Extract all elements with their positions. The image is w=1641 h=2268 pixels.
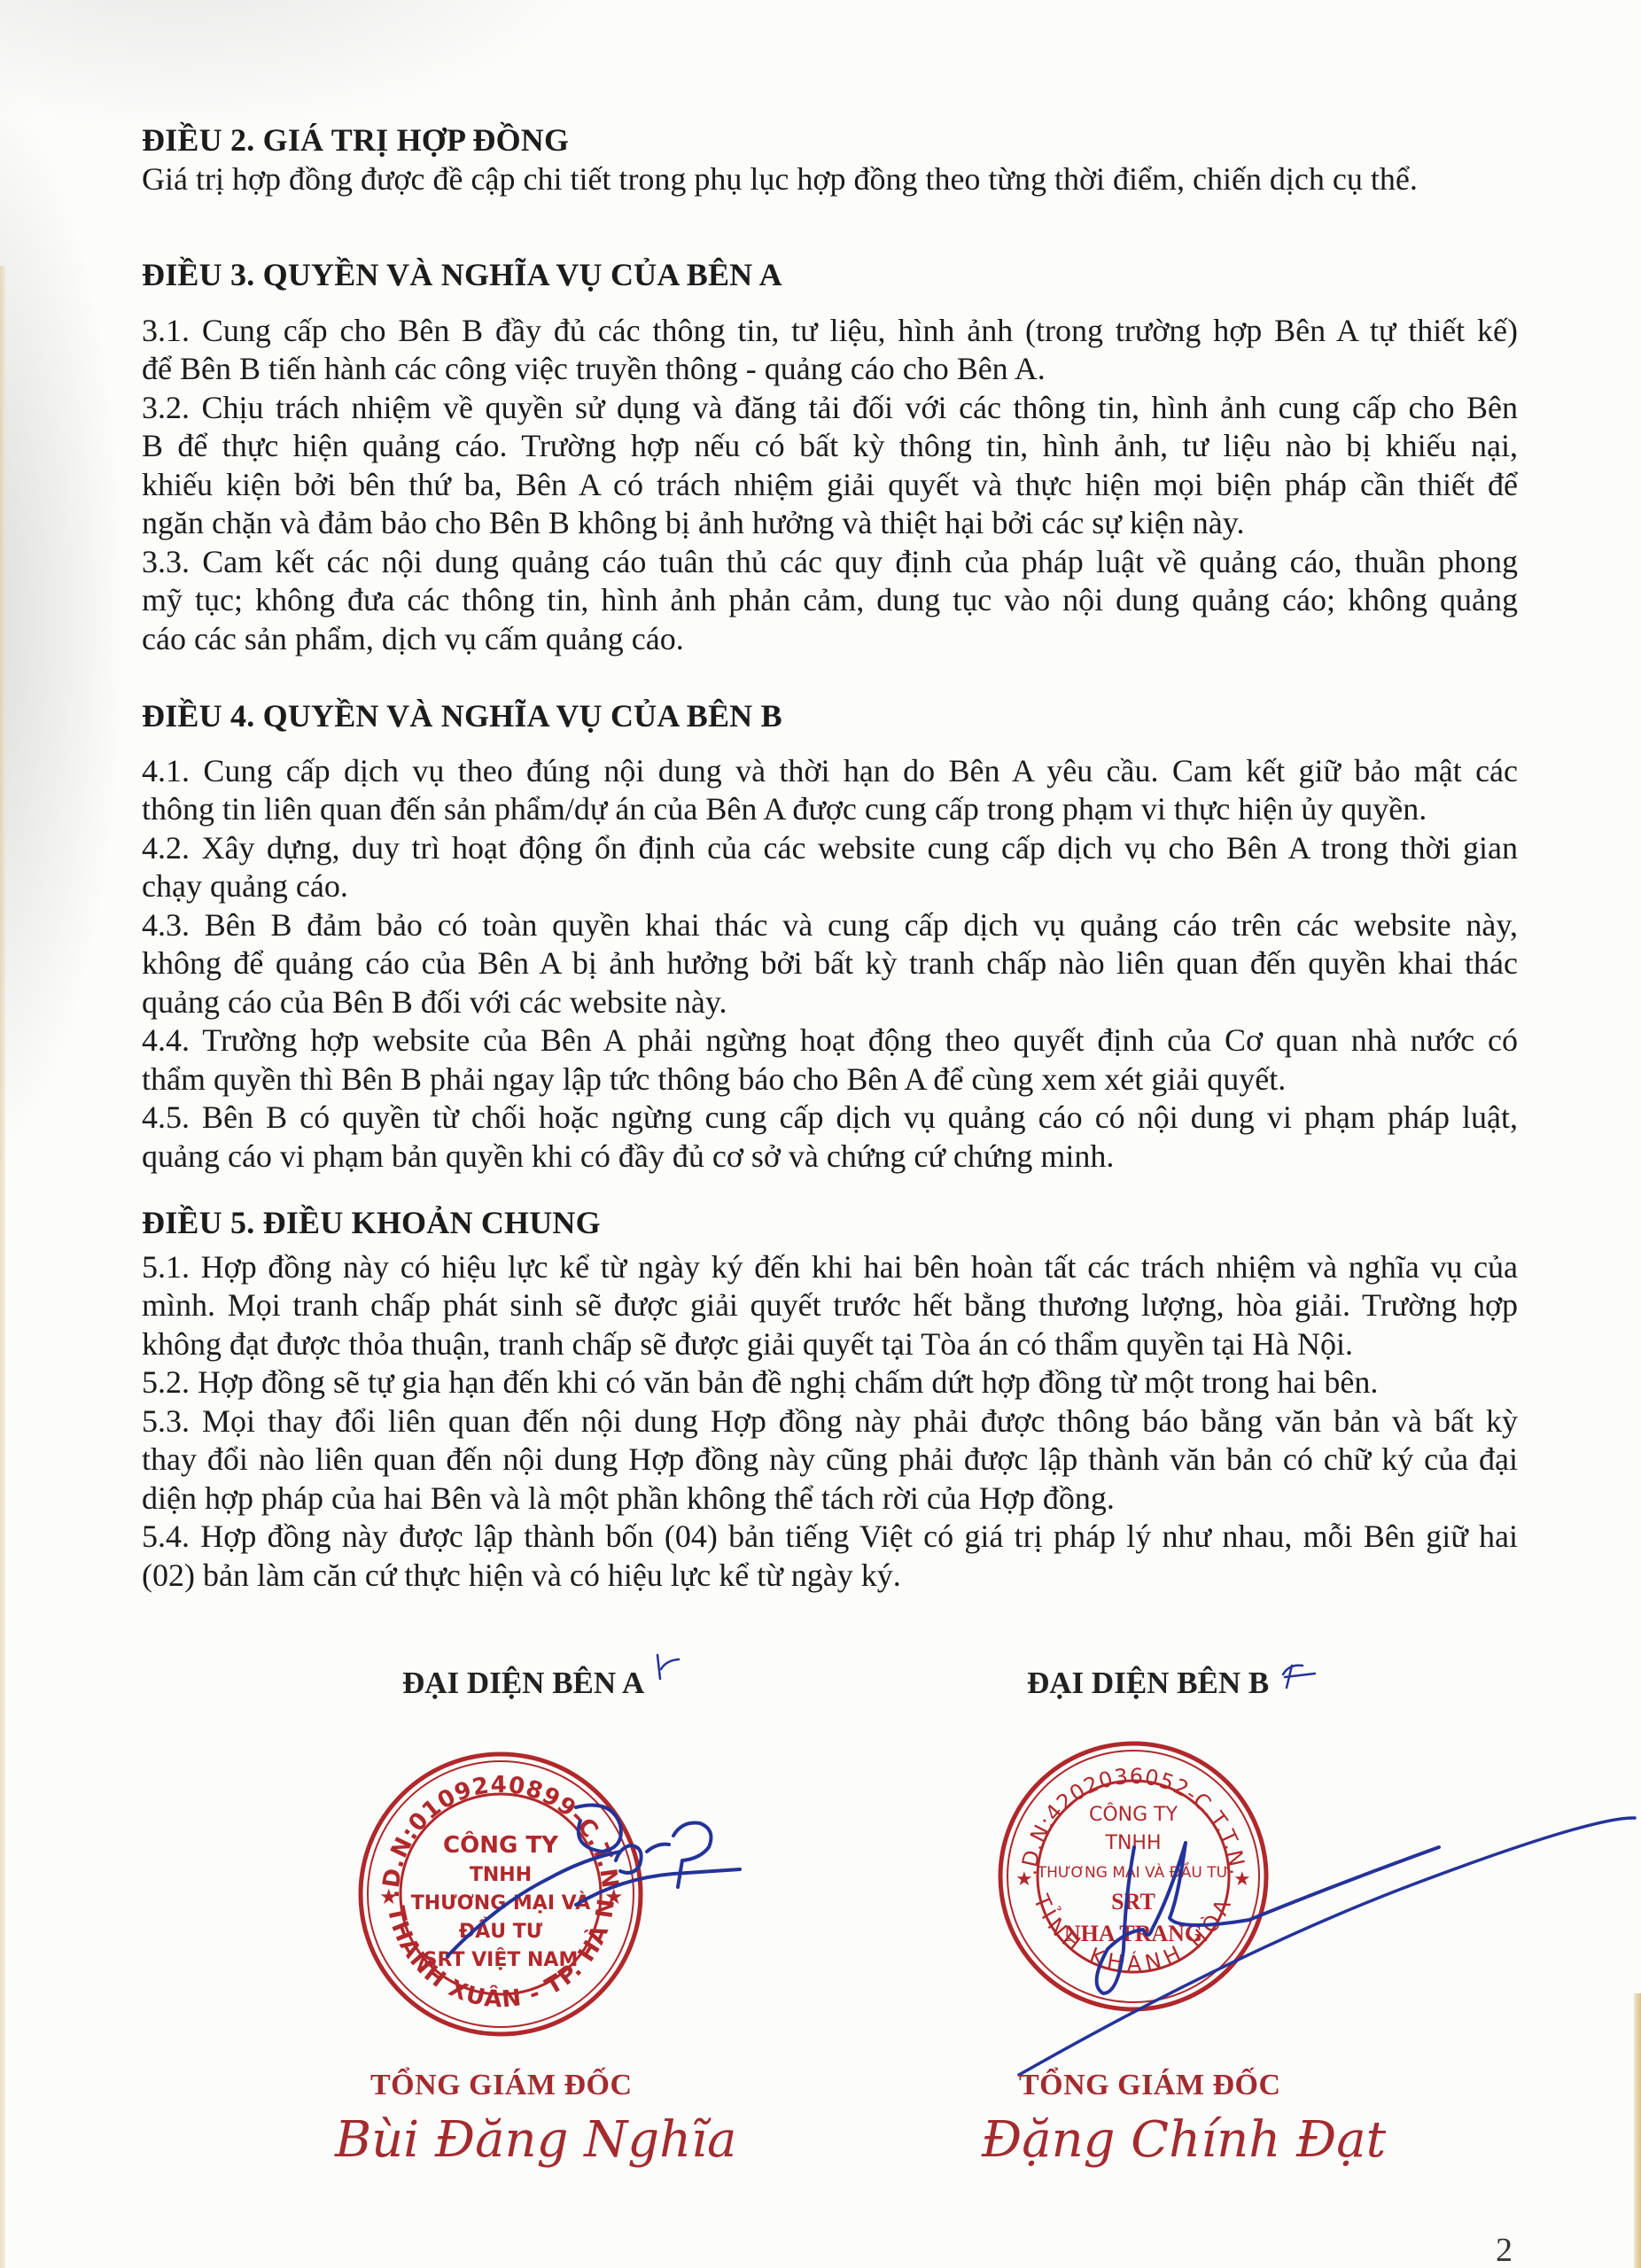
- text-line: 4.5. Bên B có quyền từ chối hoặc ngừng c…: [142, 1099, 1518, 1138]
- text-line: 4.1. Cung cấp dịch vụ theo đúng nội dung…: [142, 752, 1518, 791]
- text-line: quảng cáo vi phạm bản quyền khi có đầy đ…: [142, 1138, 1518, 1177]
- text-line: mỹ tục; không đưa các thông tin, hình ản…: [142, 581, 1518, 620]
- svg-text:ĐẦU TƯ: ĐẦU TƯ: [459, 1917, 543, 1943]
- text-line: thay đổi nào liên quan đến nội dung Hợp …: [142, 1441, 1518, 1480]
- svg-text:★: ★: [604, 1884, 624, 1909]
- text-line: Giá trị hợp đồng được đề cập chi tiết tr…: [142, 160, 1518, 199]
- text-line: để Bên B tiến hành các công việc truyền …: [142, 350, 1518, 389]
- text-line: (02) bản làm căn cứ thực hiện và có hiệu…: [142, 1557, 1518, 1596]
- text-line: 3.1. Cung cấp cho Bên B đầy đủ các thông…: [142, 312, 1518, 351]
- text-line: cáo các sản phẩm, dịch vụ cấm quảng cáo.: [142, 620, 1518, 659]
- party-b-name: Đặng Chính Đạt: [982, 2111, 1386, 2169]
- party-b-title: ĐẠI DIỆN BÊN B: [1027, 1666, 1269, 1701]
- party-a-title: ĐẠI DIỆN BÊN A: [402, 1666, 644, 1701]
- text-line: 3.2. Chịu trách nhiệm về quyền sử dụng v…: [142, 389, 1518, 428]
- text-line: thông tin liên quan đến sản phẩm/dự án c…: [142, 790, 1518, 829]
- svg-text:★: ★: [1233, 1868, 1251, 1891]
- text-line: không để quảng cáo của Bên A bị ảnh hưởn…: [142, 944, 1518, 983]
- svg-text:CÔNG TY: CÔNG TY: [443, 1830, 559, 1859]
- article-4: ĐIỀU 4. QUYỀN VÀ NGHĨA VỤ CỦA BÊN B 4.1.…: [142, 697, 1518, 1176]
- svg-text:SRT: SRT: [1111, 1889, 1155, 1915]
- initial-mark-b: [1283, 1666, 1315, 1688]
- svg-text:TNHH: TNHH: [1105, 1832, 1162, 1854]
- svg-text:★: ★: [379, 1884, 399, 1909]
- text-line: 4.3. Bên B đảm bảo có toàn quyền khai th…: [142, 906, 1518, 945]
- text-line: 4.4. Trường hợp website của Bên A phải n…: [142, 1021, 1518, 1060]
- party-a-role: TỔNG GIÁM ĐỐC: [370, 2069, 633, 2102]
- text-line: mình. Mọi tranh chấp phát sinh sẽ được g…: [142, 1286, 1518, 1325]
- text-line: không đạt được thỏa thuận, tranh chấp sẽ…: [142, 1325, 1518, 1364]
- text-line: diện hợp pháp của hai Bên và là một phần…: [142, 1480, 1518, 1518]
- text-line: B để thực hiện quảng cáo. Trường hợp nếu…: [142, 427, 1518, 466]
- article-body: Giá trị hợp đồng được đề cập chi tiết tr…: [142, 160, 1518, 199]
- text-line: 5.1. Hợp đồng này có hiệu lực kể từ ngày…: [142, 1248, 1518, 1287]
- text-line: 3.3. Cam kết các nội dung quảng cáo tuân…: [142, 543, 1518, 582]
- text-line: 5.2. Hợp đồng sẽ tự gia hạn đến khi có v…: [142, 1363, 1518, 1402]
- article-3: ĐIỀU 3. QUYỀN VÀ NGHĨA VỤ CỦA BÊN A 3.1.…: [142, 256, 1518, 658]
- article-heading: ĐIỀU 5. ĐIỀU KHOẢN CHUNG: [142, 1204, 1518, 1243]
- article-heading: ĐIỀU 4. QUYỀN VÀ NGHĨA VỤ CỦA BÊN B: [142, 697, 1518, 736]
- page-edge-left: [0, 266, 5, 2268]
- article-2: ĐIỀU 2. GIÁ TRỊ HỢP ĐỒNG Giá trị hợp đồn…: [142, 121, 1518, 198]
- text-line: 5.4. Hợp đồng này được lập thành bốn (04…: [142, 1518, 1518, 1557]
- party-a-name: Bùi Đăng Nghĩa: [335, 2111, 736, 2169]
- svg-text:TNHH: TNHH: [470, 1864, 532, 1886]
- article-heading: ĐIỀU 2. GIÁ TRỊ HỢP ĐỒNG: [142, 121, 1518, 160]
- text-line: 5.3. Mọi thay đổi liên quan đến nội dung…: [142, 1402, 1518, 1441]
- text-line: thẩm quyền thì Bên B phải ngay lập tức t…: [142, 1060, 1518, 1099]
- svg-text:★: ★: [1015, 1868, 1033, 1891]
- svg-text:CÔNG TY: CÔNG TY: [1089, 1803, 1178, 1826]
- article-body: 3.1. Cung cấp cho Bên B đầy đủ các thông…: [142, 312, 1518, 659]
- party-b-role: TỔNG GIÁM ĐỐC: [1019, 2069, 1281, 2102]
- article-body: 5.1. Hợp đồng này có hiệu lực kể từ ngày…: [142, 1248, 1518, 1596]
- svg-text:THƯƠNG MẠI VÀ ĐẦU TƯ: THƯƠNG MẠI VÀ ĐẦU TƯ: [1037, 1860, 1229, 1882]
- article-heading: ĐIỀU 3. QUYỀN VÀ NGHĨA VỤ CỦA BÊN A: [142, 256, 1518, 295]
- svg-text:NHA TRANG: NHA TRANG: [1064, 1921, 1202, 1946]
- company-stamp-a: M.S.D.N:0109240899-C.T.N.H.H Q. THANH XU…: [354, 1748, 647, 2040]
- initial-mark-a: [657, 1655, 679, 1679]
- text-line: khiếu kiện bởi bên thứ ba, Bên A có trác…: [142, 466, 1518, 505]
- text-line: 4.2. Xây dựng, duy trì hoạt động ổn định…: [142, 829, 1518, 868]
- text-line: ngăn chặn và đảm bảo cho Bên B không bị …: [142, 504, 1518, 543]
- text-line: chạy quảng cáo.: [142, 867, 1518, 906]
- company-stamp-b: M.S.D.N:4202036052-C.T.T.N.H.H TỈNH KHÁN…: [996, 1739, 1271, 2014]
- svg-text:THƯƠNG MẠI VÀ: THƯƠNG MẠI VÀ: [411, 1891, 590, 1915]
- page-edge-right: [1634, 1993, 1641, 2268]
- article-5: ĐIỀU 5. ĐIỀU KHOẢN CHUNG 5.1. Hợp đồng n…: [142, 1204, 1518, 1595]
- text-line: quảng cáo của Bên B đối với các website …: [142, 983, 1518, 1022]
- svg-text:SRT VIỆT NAM: SRT VIỆT NAM: [424, 1947, 579, 1971]
- page-number: 2: [1496, 2231, 1513, 2268]
- article-body: 4.1. Cung cấp dịch vụ theo đúng nội dung…: [142, 752, 1518, 1177]
